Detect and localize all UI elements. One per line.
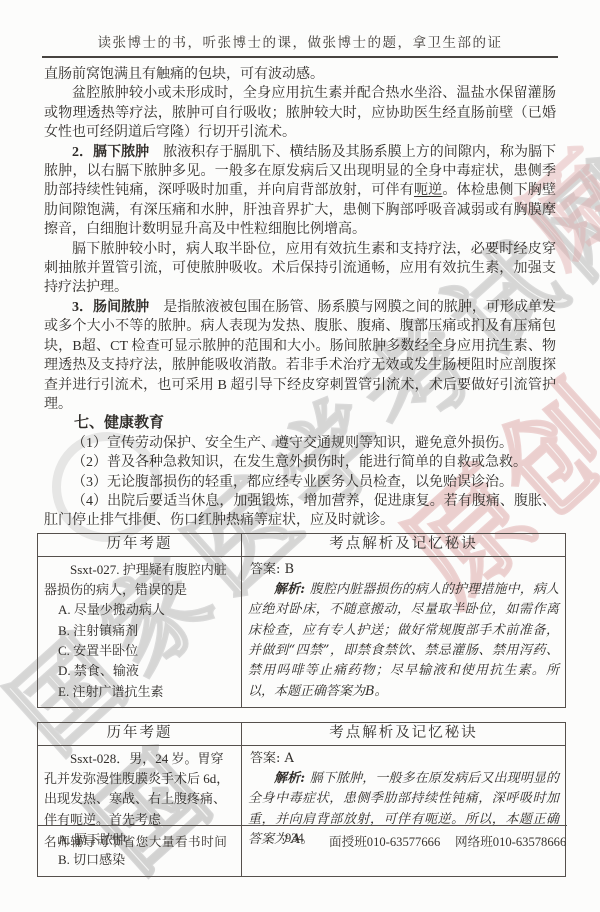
column-header-past-questions: 历年考题 (38, 722, 242, 745)
footer-phone-online: 网络班010-63578666 (455, 831, 566, 850)
underlined-term-hiccup: 呃逆 (414, 183, 442, 198)
health-education-item-1: （1）宣传劳动保护、安全生产、遵守交通规则等知识，避免意外损伤。 (44, 434, 556, 453)
analysis-label: 解析: (274, 771, 310, 786)
exam-question-table-2: 历年考题 考点解析及记忆秘诀 Ssxt-028．男，24 岁。胃穿孔并发弥漫性腹… (37, 722, 566, 877)
page-header-slogan: 读张博士的书，听张博士的课，做张博士的题，拿卫生部的证 (42, 31, 558, 58)
paragraph-continuation: 直肠前窝饱满且有触痛的包块，可有波动感。 (44, 65, 556, 84)
interloop-abscess-text: 是指脓液被包围在肠管、肠系膜与网膜之间的脓肿，可形成单发或多个大小不等的脓肿。病… (44, 300, 556, 412)
scanned-book-page: 国家医学考试网 原创 原创 国 读张博士的书，听张博士的课，做张博士的题，拿卫生… (0, 0, 600, 912)
table-header-row: 历年考题 考点解析及记忆秘诀 (38, 722, 566, 745)
answer-line: 答案: A (248, 749, 559, 769)
option-b: B. 切口感染 (44, 850, 235, 870)
exam-question-table-1: 历年考题 考点解析及记忆秘诀 Ssxt-027. 护理疑有腹腔内脏器损伤的病人，… (37, 533, 566, 708)
paragraph-subphrenic-care: 膈下脓肿较小时，病人取半卧位，应用有效抗生素和支持疗法，必要时经皮穿刺抽脓并置管… (44, 240, 556, 298)
question-text: Ssxt-028．男，24 岁。胃穿孔并发弥漫性腹膜炎手术后 6d，出现发热、寒… (44, 749, 235, 830)
table-header-row: 历年考题 考点解析及记忆秘诀 (38, 533, 566, 556)
health-education-item-2: （2）普及各种急救知识，在发生意外损伤时，能进行简单的自救或急救。 (44, 453, 556, 472)
analysis-paragraph: 解析: 腹腔内脏器损伤的病人的护理措施中，病人应绝对卧床，不随意搬动，尽量取半卧… (248, 580, 559, 702)
question-text: Ssxt-027. 护理疑有腹腔内脏器损伤的病人，错误的是 (44, 560, 235, 601)
analysis-cell: 答案: A 解析: 膈下脓肿，一般多在原发病后又出现明显的全身中毒症状，患侧季肋… (242, 745, 566, 876)
option-d: D. 禁食、输液 (44, 661, 235, 681)
column-header-analysis: 考点解析及记忆秘诀 (242, 533, 566, 556)
column-header-analysis: 考点解析及记忆秘诀 (242, 722, 566, 745)
page-footer: 名师辅导可节省您大量看书时间 934 面授班010-63577666 网络班01… (37, 825, 567, 850)
paragraph-interloop-abscess: 3．肠间脓肿是指脓液被包围在肠管、肠系膜与网膜之间的脓肿，可形成单发或多个大小不… (44, 298, 556, 414)
option-c: C. 安置半卧位 (44, 641, 235, 661)
question-cell: Ssxt-027. 护理疑有腹腔内脏器损伤的病人，错误的是 A. 尽量少搬动病人… (38, 556, 242, 707)
analysis-cell: 答案: B 解析: 腹腔内脏器损伤的病人的护理措施中，病人应绝对卧床，不随意搬动… (242, 556, 566, 707)
option-a: A. 尽量少搬动病人 (44, 600, 235, 620)
option-e: E. 注射广谱抗生素 (44, 682, 235, 702)
health-education-item-4: （4）出院后要适当休息，加强锻炼，增加营养，促进康复。若有腹痛、腹胀、肛门停止排… (44, 492, 556, 531)
body-text: 直肠前窝饱满且有触痛的包块，可有波动感。 盆腔脓肿较小或未形成时，全身应用抗生素… (44, 65, 556, 877)
page-number: 934 (285, 831, 304, 846)
subphrenic-abscess-term: 2．膈下脓肿 (72, 145, 149, 160)
footer-phone-classroom: 面授班010-63577666 (329, 831, 440, 850)
interloop-abscess-term: 3．肠间脓肿 (72, 300, 149, 315)
answer-line: 答案: B (248, 560, 559, 580)
analysis-label: 解析: (274, 582, 310, 597)
footer-slogan: 名师辅导可节省您大量看书时间 (44, 831, 227, 850)
paragraph-subphrenic-abscess: 2．膈下脓肿脓液积存于膈肌下、横结肠及其肠系膜上方的间隙内，称为膈下脓肿，以右膈… (44, 143, 556, 240)
question-cell: Ssxt-028．男，24 岁。胃穿孔并发弥漫性腹膜炎手术后 6d，出现发热、寒… (38, 745, 242, 876)
analysis-text: 腹腔内脏器损伤的病人的护理措施中，病人应绝对卧床，不随意搬动，尽量取半卧位，如需… (248, 582, 559, 698)
table-row: Ssxt-027. 护理疑有腹腔内脏器损伤的病人，错误的是 A. 尽量少搬动病人… (38, 556, 566, 707)
option-b: B. 注射镇痛剂 (44, 621, 235, 641)
paragraph-pelvic-abscess: 盆腔脓肿较小或未形成时，全身应用抗生素并配合热水坐浴、温盐水保留灌肠或物理透热等… (44, 84, 556, 142)
section-heading-health-education: 七、健康教育 (44, 414, 556, 433)
table-row: Ssxt-028．男，24 岁。胃穿孔并发弥漫性腹膜炎手术后 6d，出现发热、寒… (38, 745, 566, 876)
column-header-past-questions: 历年考题 (38, 533, 242, 556)
health-education-item-3: （3）无论腹部损伤的轻重，都应经专业医务人员检查，以免贻误诊治。 (44, 473, 556, 492)
